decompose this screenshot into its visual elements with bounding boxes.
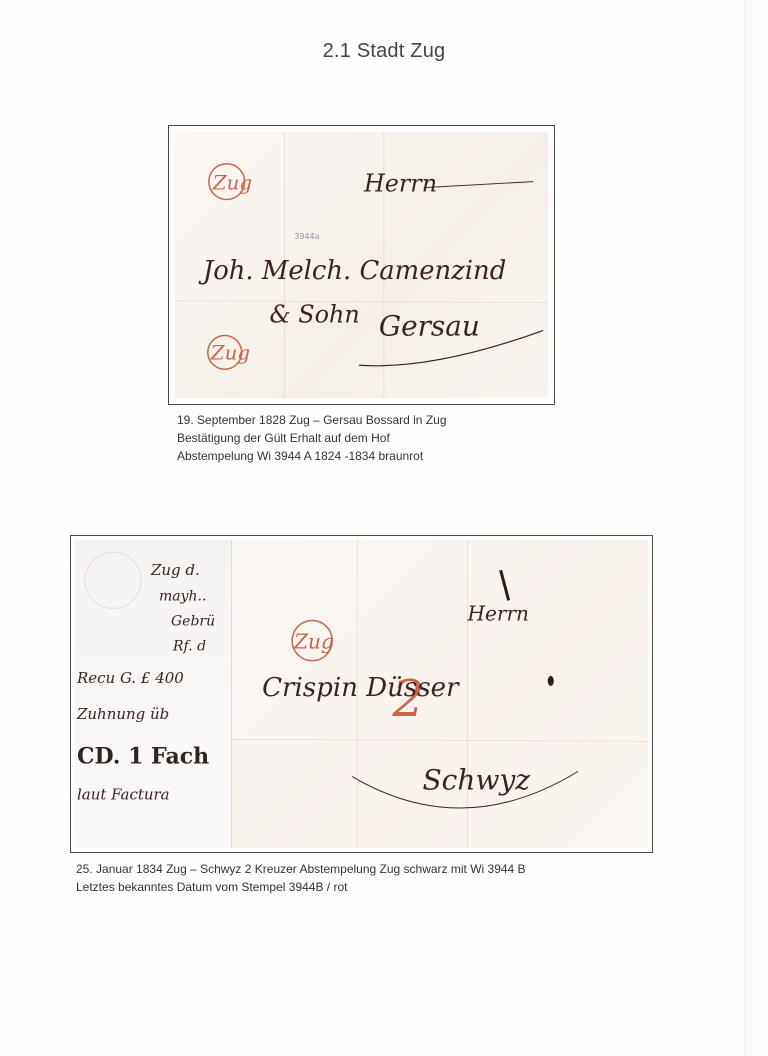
svg-text:Rf. d: Rf. d xyxy=(172,639,206,655)
caption-line: Abstempelung Wi 3944 A 1824 -1834 braunr… xyxy=(177,447,447,465)
caption-line: 19. September 1828 Zug – Gersau Bossard … xyxy=(177,411,447,429)
svg-text:Gersau: Gersau xyxy=(379,309,480,342)
svg-text:Zug: Zug xyxy=(293,630,334,654)
svg-text:Herrn: Herrn xyxy=(363,170,437,198)
svg-text:mayh..: mayh.. xyxy=(159,588,206,604)
zug-stamp-top: Zug xyxy=(209,164,252,200)
svg-text:Zug: Zug xyxy=(210,341,250,364)
letter-cover: Zug Zug 3944a Herrn Joh. Melch. Camenzin… xyxy=(175,132,548,398)
cover-illustration: Zug Zug 3944a Herrn Joh. Melch. Camenzin… xyxy=(175,132,548,398)
svg-text:Crispin Düsser: Crispin Düsser xyxy=(262,673,460,703)
reverse-text: Zug d. mayh.. Gebrü Rf. d Recu G. £ 400 … xyxy=(75,540,235,848)
svg-text:laut Factura: laut Factura xyxy=(77,786,170,804)
svg-text:3944a: 3944a xyxy=(294,232,319,241)
letter-cover: Zug 2 Herrn Crispin Düsser Schwyz xyxy=(231,540,648,848)
svg-text:& Sohn: & Sohn xyxy=(269,301,359,329)
svg-text:Herrn: Herrn xyxy=(467,601,529,625)
svg-text:Zuhnung üb: Zuhnung üb xyxy=(76,705,169,723)
letter-reverse-side: Zug d. mayh.. Gebrü Rf. d Recu G. £ 400 … xyxy=(75,540,235,848)
cover-illustration: Zug 2 Herrn Crispin Düsser Schwyz xyxy=(232,540,648,848)
zug-stamp-bottom: Zug xyxy=(208,335,250,369)
caption-1828: 19. September 1828 Zug – Gersau Bossard … xyxy=(177,411,447,465)
cover-image-1834: Zug d. mayh.. Gebrü Rf. d Recu G. £ 400 … xyxy=(70,535,653,853)
svg-text:Schwyz: Schwyz xyxy=(422,764,530,797)
cover-image-1828: Zug Zug 3944a Herrn Joh. Melch. Camenzin… xyxy=(168,125,555,405)
caption-line: 25. Januar 1834 Zug – Schwyz 2 Kreuzer A… xyxy=(76,860,526,878)
caption-line: Letztes bekanntes Datum vom Stempel 3944… xyxy=(76,878,526,896)
svg-text:Zug d.: Zug d. xyxy=(150,561,200,579)
svg-text:Gebrü: Gebrü xyxy=(171,614,215,630)
svg-text:Joh. Melch. Camenzind: Joh. Melch. Camenzind xyxy=(198,256,506,286)
caption-1834: 25. Januar 1834 Zug – Schwyz 2 Kreuzer A… xyxy=(76,860,526,896)
svg-text:CD. 1 Fach: CD. 1 Fach xyxy=(77,743,209,769)
caption-line: Bestätigung der Gült Erhalt auf dem Hof xyxy=(177,429,447,447)
svg-text:Zug: Zug xyxy=(212,172,252,195)
zug-stamp: Zug xyxy=(292,621,334,661)
page-title: 2.1 Stadt Zug xyxy=(0,40,768,63)
svg-text:Recu G. £ 400: Recu G. £ 400 xyxy=(76,669,184,687)
page-edge xyxy=(744,0,768,1056)
